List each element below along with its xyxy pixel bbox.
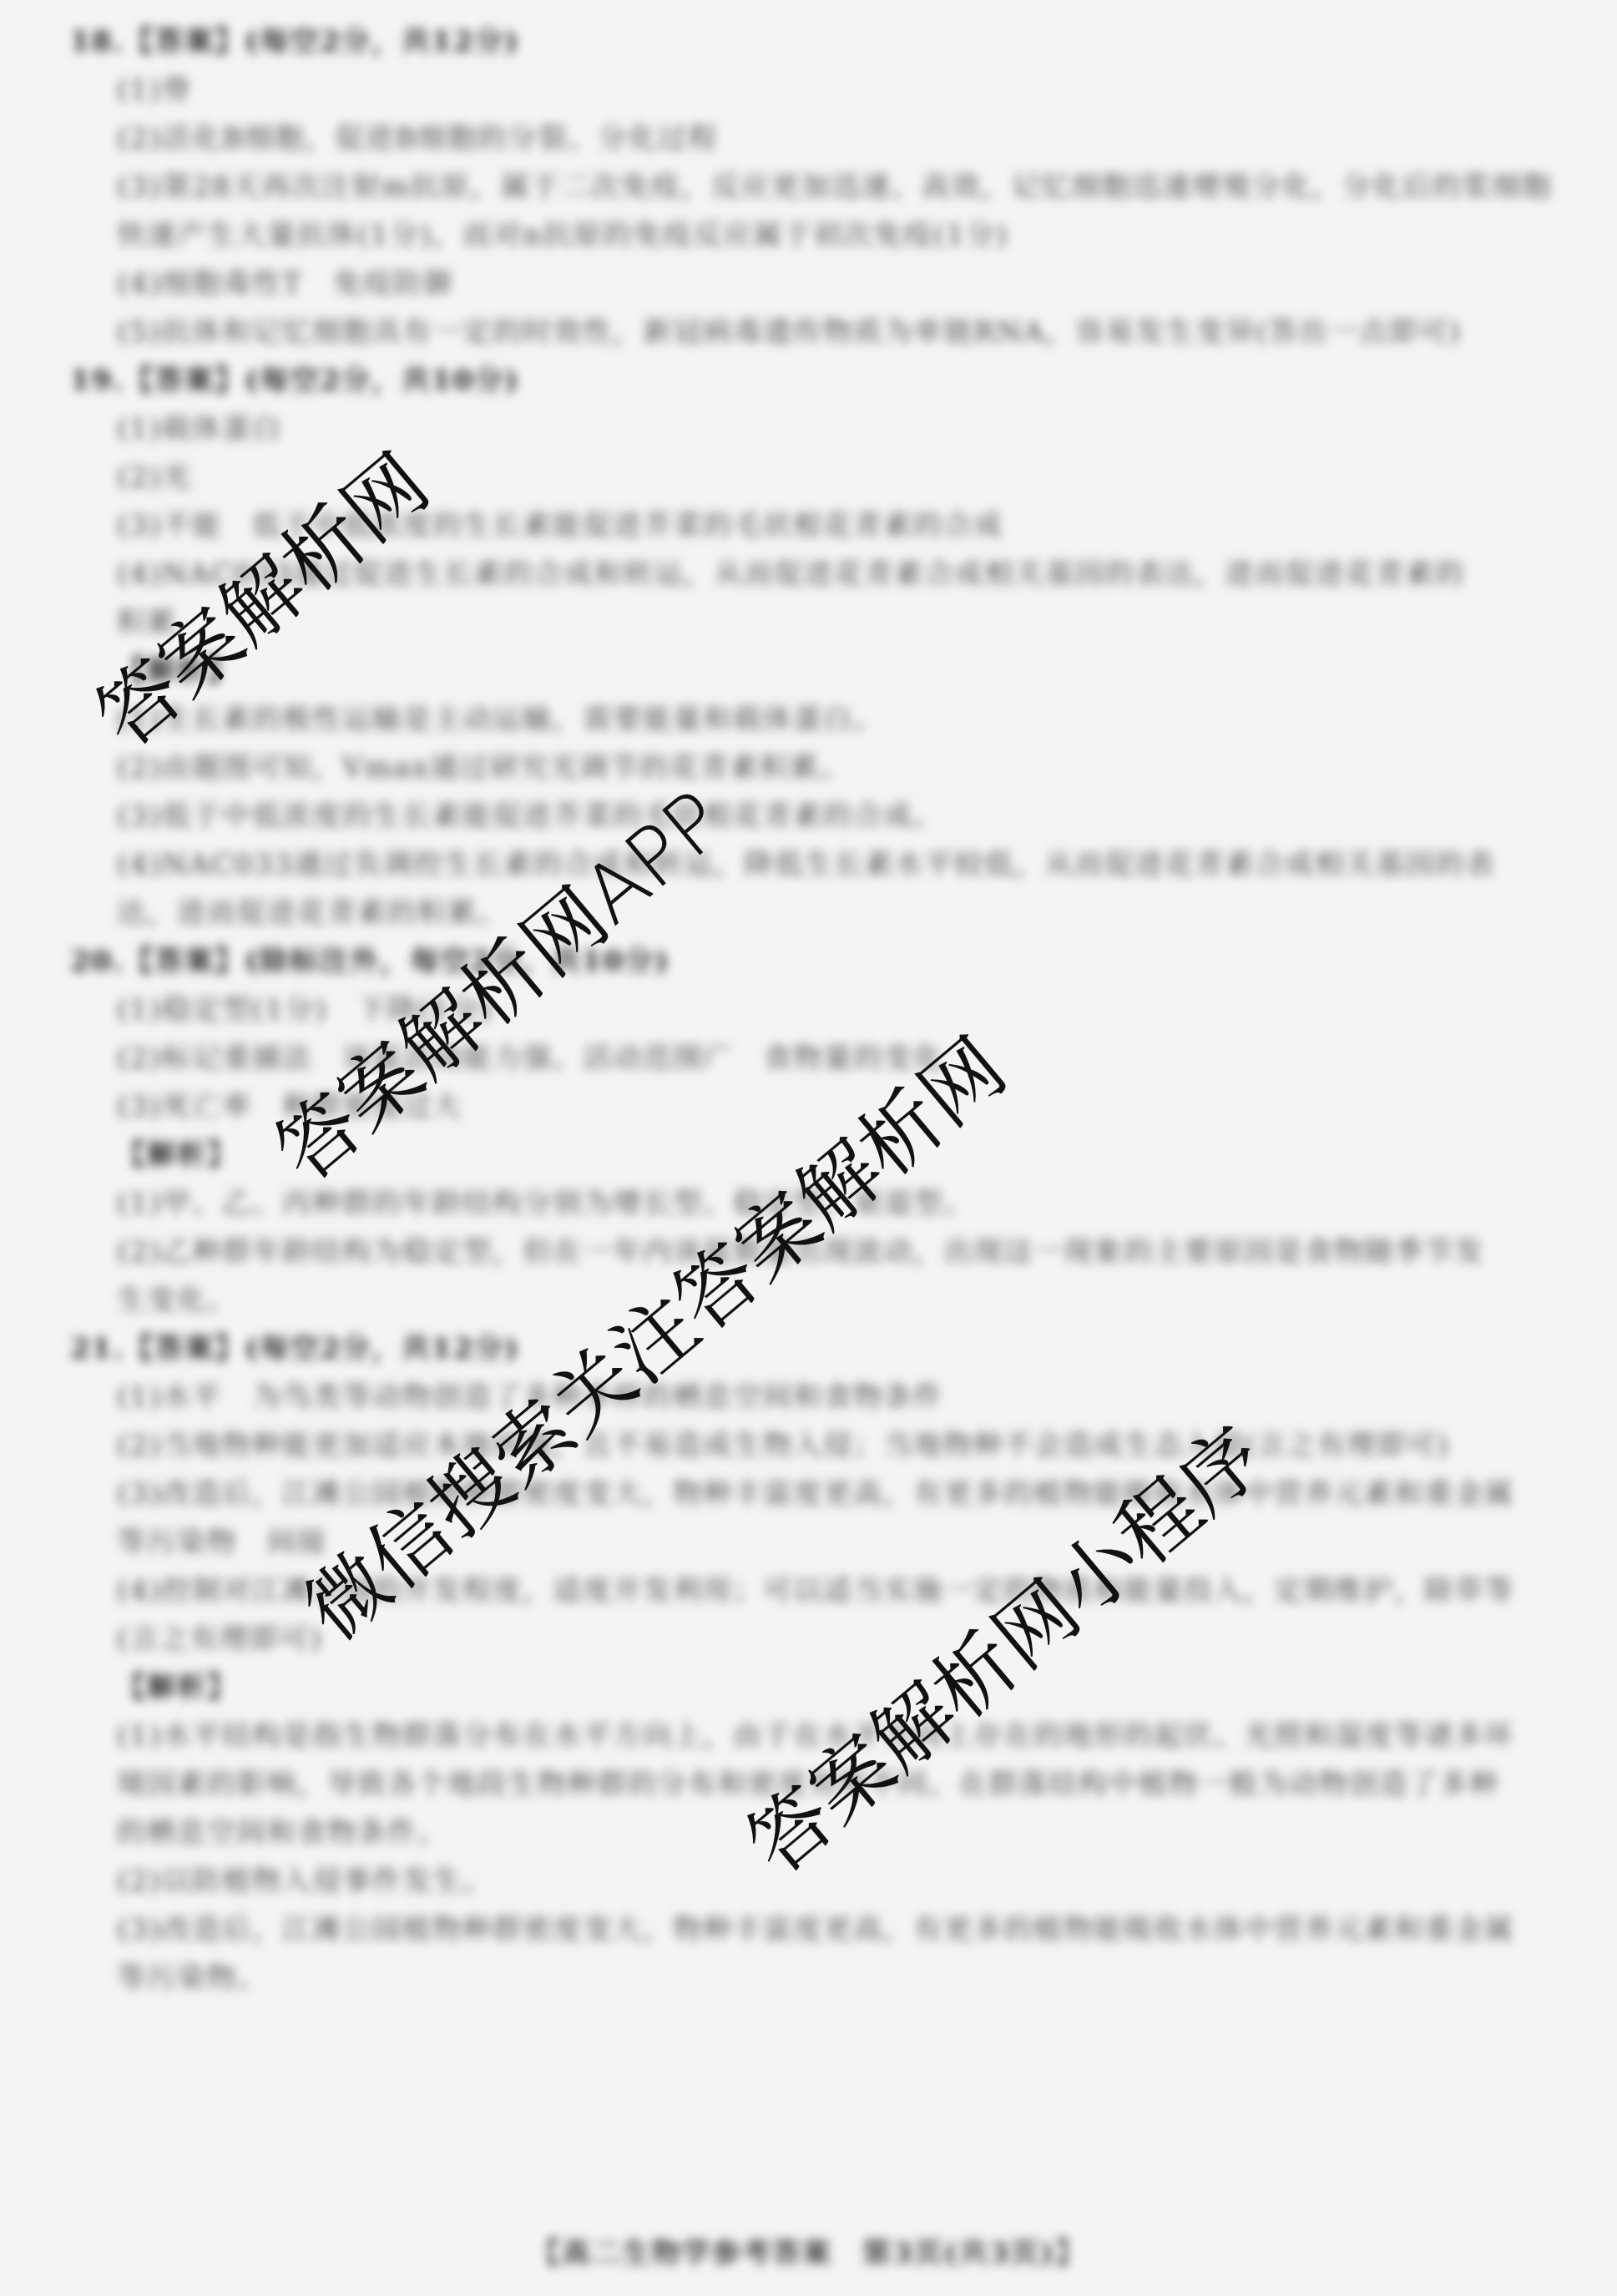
- answer-line: (3)第28天再次注射m抗原，属于二次免疫，反应更加迅速、高效，记忆细胞迅速增殖…: [117, 170, 1553, 204]
- answer-line: (1)载体蛋白: [117, 412, 1553, 446]
- answer-line: (3)低于中低浓度的生长素能促进芥菜的毛状根花青素的合成。: [117, 800, 1553, 833]
- answer-line: (3)改造后，江滩公园植物种群密度变大，物种丰富度更高，有更多的植物能吸收水体中…: [117, 1913, 1553, 1946]
- answer-line: (3)改造后，江滩公园植物种群密度变大，物种丰富度更高，有更多的植物能吸收水体中…: [117, 1477, 1553, 1511]
- answer-line: (2)活化B细胞，促进B细胞的分裂、分化过程: [117, 122, 1553, 155]
- answer-line: (2)当地物种能更加适应本地环境，且不易造成生物入侵；当地物种不会造成生态入侵(…: [117, 1429, 1553, 1462]
- page-footer: 【高二生物学参考答案 第3页(共3页)】: [0, 2230, 1617, 2271]
- question-answer-header: 20.【答案】(除标注外，每空2分，共10分): [70, 945, 1506, 978]
- question-answer-header: 18.【答案】(每空2分，共12分): [70, 25, 1506, 58]
- answer-line: 快速产生大量抗体(1分)，而对n抗原的免疫反应属于初次免疫(1分): [117, 219, 1553, 252]
- analysis-header: 【解析】: [117, 1671, 1553, 1704]
- question-answer-header: 19.【答案】(每空2分，共10分): [70, 364, 1506, 397]
- answer-line: (4)细胞毒性T 免疫防御: [117, 267, 1553, 300]
- answer-line: 积累: [117, 606, 1553, 639]
- answer-line: (1)水平 为鸟类等动物创造了多种多样的栖息空间和食物条件: [117, 1380, 1553, 1414]
- answer-line: 达，进而促进花青素的积累。: [117, 896, 1553, 930]
- answer-line: (1)稳定型(1分) 下降(1分): [117, 993, 1553, 1027]
- document-page: 18.【答案】(每空2分，共12分)(1)脊(2)活化B细胞，促进B细胞的分裂、…: [0, 0, 1617, 2296]
- answer-line: (1)生长素的极性运输是主动运输，需要能量和载体蛋白。: [117, 703, 1553, 736]
- answer-line: 等污染物。: [117, 1961, 1553, 1995]
- answer-line: (2)由题图可知，Vmax通过研究光调节的花青素积累。: [117, 751, 1553, 785]
- analysis-header: 【解析】: [117, 654, 1553, 688]
- answer-line: (2)以防植物入侵事件发生。: [117, 1865, 1553, 1898]
- answer-line: (1)脊: [117, 73, 1553, 107]
- answer-line: (4)NAC033通过负调控生长素的合成和转运，降低生长素水平较低，从而促进花青…: [117, 848, 1553, 881]
- answer-line: (5)抗体和记忆细胞具有一定的时效性，新冠病毒遗传物质为单链RNA，容易发生变异…: [117, 315, 1553, 349]
- question-answer-header: 21.【答案】(每空2分，共12分): [70, 1332, 1506, 1365]
- answer-line: 生变化。: [117, 1284, 1553, 1317]
